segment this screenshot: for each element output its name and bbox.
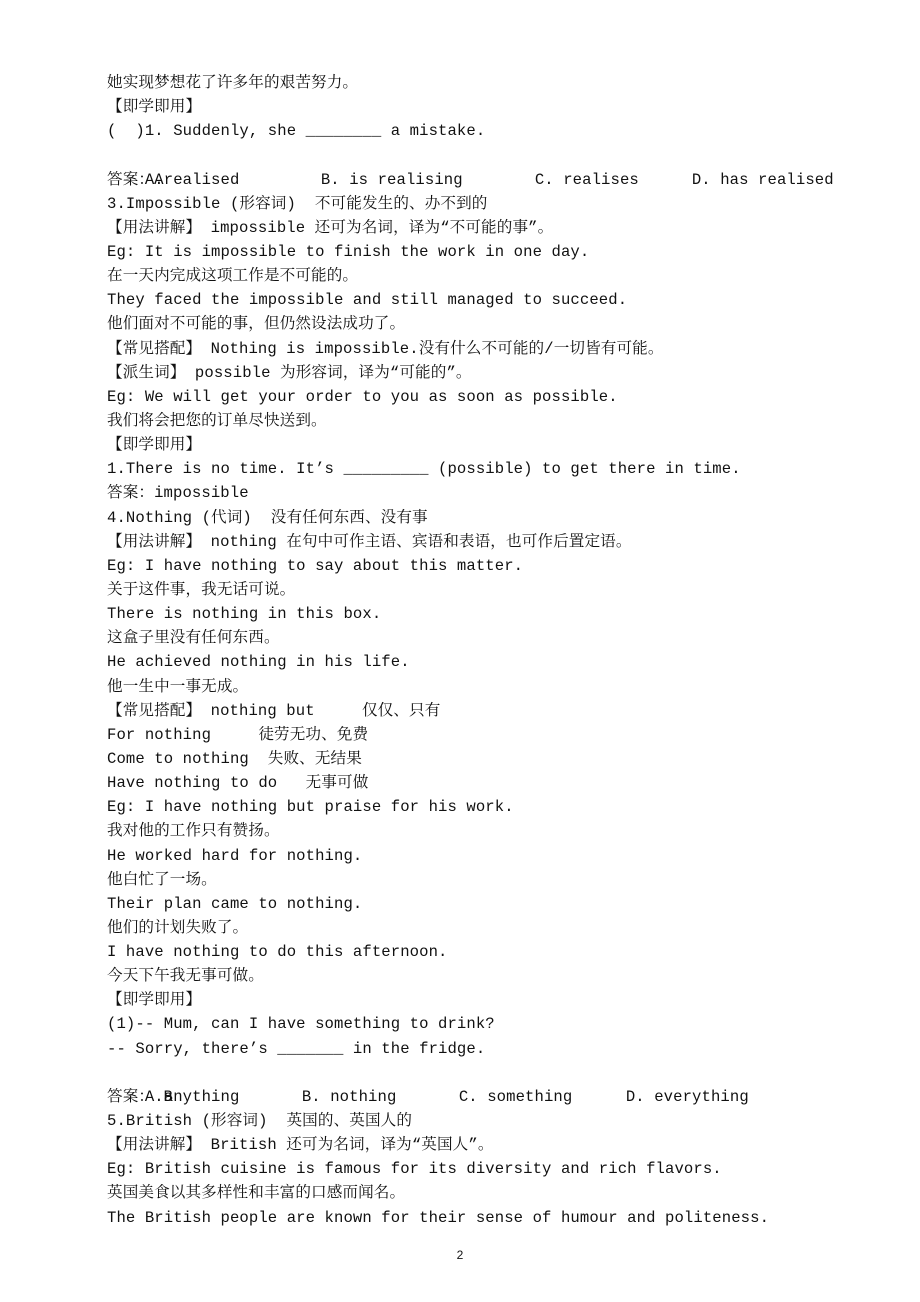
collocation-item: For nothing 徒劳无功、免费: [107, 723, 827, 747]
translation: 他一生中一事无成。: [107, 675, 827, 699]
collocation-note: 【常见搭配】 Nothing is impossible.没有什么不可能的/一切…: [107, 337, 827, 361]
example-sentence: Their plan came to nothing.: [107, 892, 827, 916]
collocation-note: 【常见搭配】 nothing but 仅仅、只有: [107, 699, 827, 723]
translation: 他们的计划失败了。: [107, 916, 827, 940]
translation: 我对他的工作只有赞扬。: [107, 819, 827, 843]
question-text: 1.There is no time. It’s _________ (poss…: [107, 457, 827, 481]
option-a: A.realised: [145, 168, 321, 192]
document-page: 她实现梦想花了许多年的艰苦努力。 【即学即用】 ( )1. Suddenly, …: [107, 71, 827, 1230]
usage-note: 【用法讲解】 nothing 在句中可作主语、宾语和表语，也可作后置定语。: [107, 530, 827, 554]
question-options: A.anythingB. nothingC. somethingD. every…: [107, 1061, 827, 1085]
entry-heading: 3.Impossible (形容词) 不可能发生的、办不到的: [107, 192, 827, 216]
example-sentence: Eg: We will get your order to you as soo…: [107, 385, 827, 409]
derivative-note: 【派生词】 possible 为形容词，译为“可能的”。: [107, 361, 827, 385]
translation: 关于这件事，我无话可说。: [107, 578, 827, 602]
page-number: 2: [0, 1248, 920, 1262]
translation: 在一天内完成这项工作是不可能的。: [107, 264, 827, 288]
usage-note: 【用法讲解】 impossible 还可为名词，译为“不可能的事”。: [107, 216, 827, 240]
option-b: B. nothing: [302, 1085, 459, 1109]
example-sentence: The British people are known for their s…: [107, 1206, 827, 1230]
translation: 他白忙了一场。: [107, 868, 827, 892]
collocation-item: Come to nothing 失败、无结果: [107, 747, 827, 771]
option-d: D. everything: [626, 1085, 749, 1109]
section-heading: 【即学即用】: [107, 433, 827, 457]
text-line: 她实现梦想花了许多年的艰苦努力。: [107, 71, 827, 95]
option-c: C. realises: [535, 168, 692, 192]
example-sentence: I have nothing to do this afternoon.: [107, 940, 827, 964]
example-sentence: Eg: I have nothing to say about this mat…: [107, 554, 827, 578]
question-options: A.realisedB. is realisingC. realisesD. h…: [107, 143, 827, 167]
example-sentence: Eg: British cuisine is famous for its di…: [107, 1157, 827, 1181]
translation: 他们面对不可能的事，但仍然设法成功了。: [107, 312, 827, 336]
translation: 我们将会把您的订单尽快送到。: [107, 409, 827, 433]
translation: 英国美食以其多样性和丰富的口感而闻名。: [107, 1181, 827, 1205]
answer-line: 答案：impossible: [107, 481, 827, 505]
example-sentence: Eg: It is impossible to finish the work …: [107, 240, 827, 264]
collocation-item: Have nothing to do 无事可做: [107, 771, 827, 795]
example-sentence: They faced the impossible and still mana…: [107, 288, 827, 312]
section-heading: 【即学即用】: [107, 95, 827, 119]
question-text: (1)-- Mum, can I have something to drink…: [107, 1012, 827, 1036]
option-d: D. has realised: [692, 168, 834, 192]
usage-note: 【用法讲解】 British 还可为名词，译为“英国人”。: [107, 1133, 827, 1157]
translation: 这盒子里没有任何东西。: [107, 626, 827, 650]
translation: 今天下午我无事可做。: [107, 964, 827, 988]
section-heading: 【即学即用】: [107, 988, 827, 1012]
example-sentence: He worked hard for nothing.: [107, 844, 827, 868]
example-sentence: There is nothing in this box.: [107, 602, 827, 626]
entry-heading: 5.British (形容词) 英国的、英国人的: [107, 1109, 827, 1133]
option-b: B. is realising: [321, 168, 535, 192]
question-text: -- Sorry, there’s _______ in the fridge.: [107, 1037, 827, 1061]
example-sentence: Eg: I have nothing but praise for his wo…: [107, 795, 827, 819]
question-text: ( )1. Suddenly, she ________ a mistake.: [107, 119, 827, 143]
option-c: C. something: [459, 1085, 626, 1109]
example-sentence: He achieved nothing in his life.: [107, 650, 827, 674]
entry-heading: 4.Nothing (代词) 没有任何东西、没有事: [107, 506, 827, 530]
